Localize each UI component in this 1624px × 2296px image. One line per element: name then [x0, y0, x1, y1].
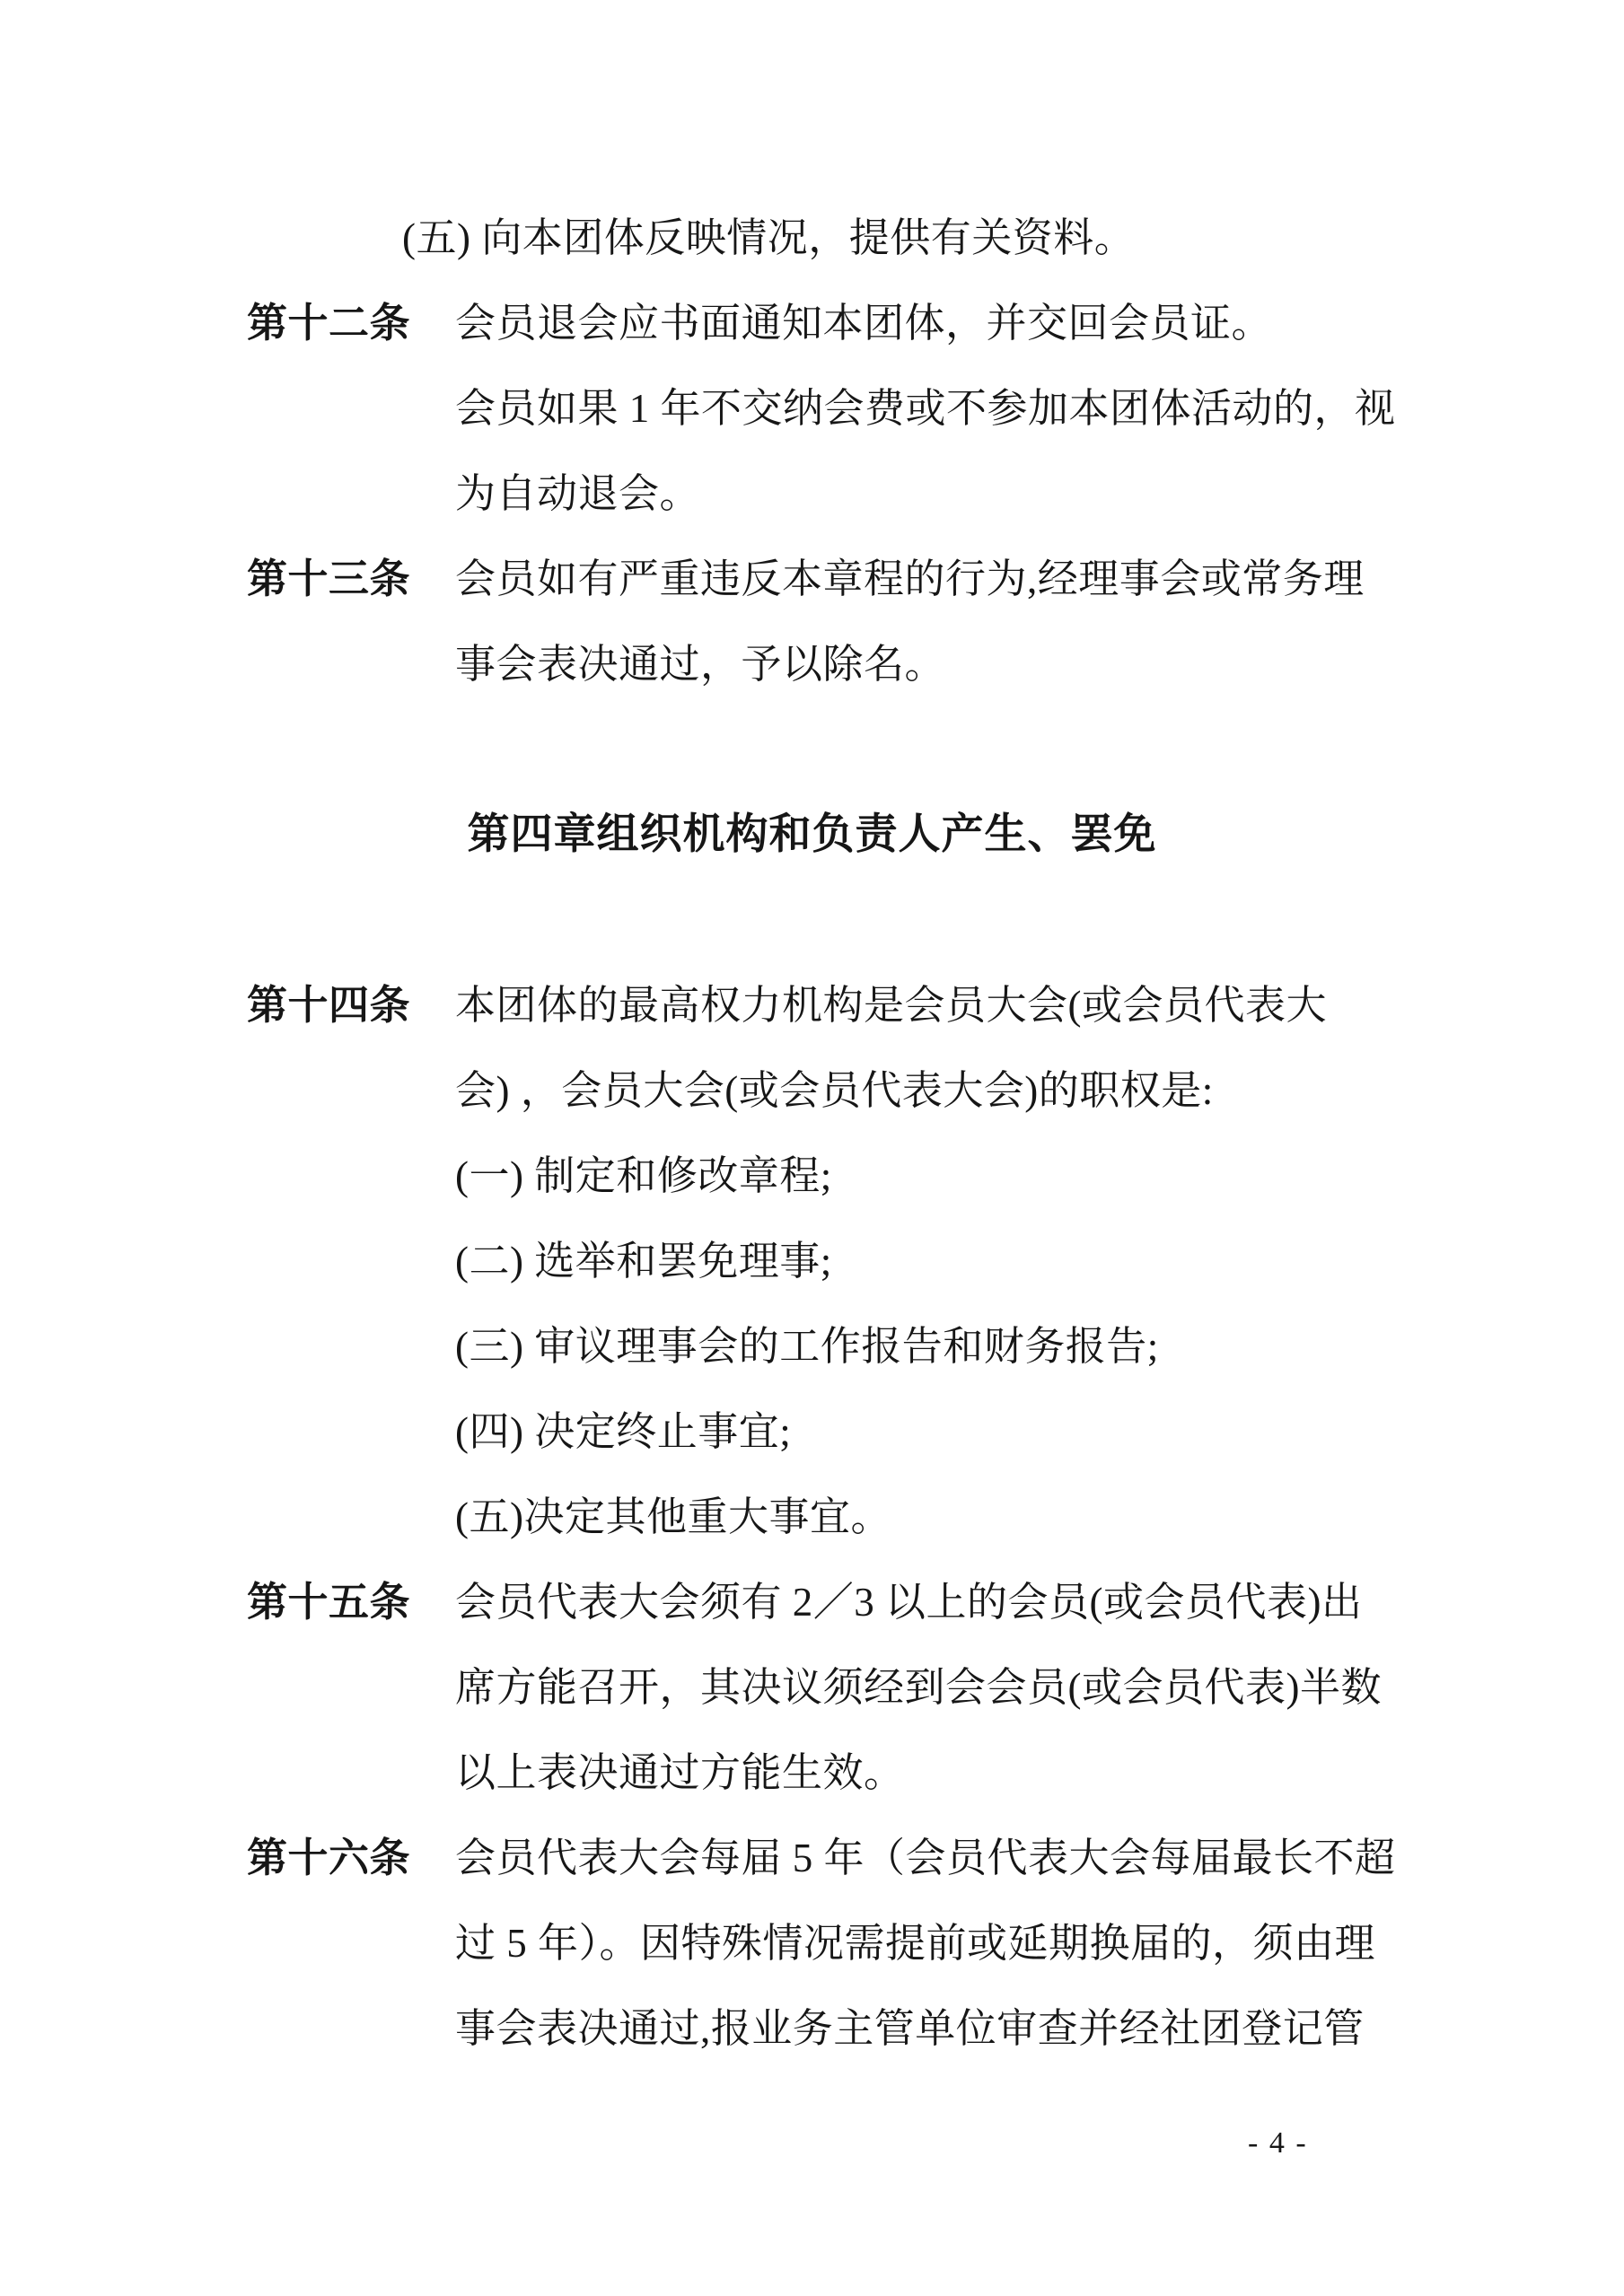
article-number: 第十六条	[247, 1816, 455, 1901]
page-number: - 4 -	[1248, 2125, 1308, 2161]
continuation-line: 会员如果 1 年不交纳会费或不参加本团体活动的，视	[0, 366, 1624, 451]
continuation-line: (三) 审议理事会的工作报告和财务报告;	[0, 1304, 1624, 1389]
continuation-line: (一) 制定和修改章程;	[0, 1134, 1624, 1219]
list-item-line: (五) 向本团体反映情况，提供有关资料。	[0, 196, 1624, 281]
continuation-line: 会) ，会员大会(或会员代表大会)的职权是:	[0, 1048, 1624, 1134]
article-text: 会员代表大会须有 2／3 以上的会员(或会员代表)出	[455, 1580, 1362, 1625]
blank-line	[0, 878, 1624, 963]
article-number: 第十四条	[247, 963, 455, 1048]
article-text: 会员退会应书面通知本团体，并交回会员证。	[455, 301, 1272, 346]
continuation-line: 事会表决通过,报业务主管单位审查并经社团登记管	[0, 1986, 1624, 2072]
article-number: 第十五条	[247, 1560, 455, 1645]
document-page: (五) 向本团体反映情况，提供有关资料。第十二条会员退会应书面通知本团体，并交回…	[0, 0, 1624, 2296]
article-line: 第十二条会员退会应书面通知本团体，并交回会员证。	[0, 281, 1624, 366]
continuation-line: 以上表决通过方能生效。	[0, 1731, 1624, 1816]
continuation-line: 事会表决通过，予以除名。	[0, 622, 1624, 707]
blank-line	[0, 707, 1624, 793]
continuation-line: 过 5 年）。因特殊情况需提前或延期换届的，须由理	[0, 1901, 1624, 1986]
continuation-line: (二) 选举和罢免理事;	[0, 1219, 1624, 1304]
article-line: 第十六条会员代表大会每届 5 年（会员代表大会每届最长不超	[0, 1816, 1624, 1901]
article-line: 第十三条会员如有严重违反本章程的行为,经理事会或常务理	[0, 537, 1624, 622]
chapter-heading: 第四章组织机构和负责人产生、罢免	[0, 793, 1624, 878]
article-number: 第十二条	[247, 281, 455, 366]
continuation-line: (四) 决定终止事宜;	[0, 1389, 1624, 1475]
article-text: 会员代表大会每届 5 年（会员代表大会每届最长不超	[455, 1836, 1396, 1880]
document-body: (五) 向本团体反映情况，提供有关资料。第十二条会员退会应书面通知本团体，并交回…	[0, 196, 1624, 2072]
article-text: 会员如有严重违反本章程的行为,经理事会或常务理	[455, 556, 1365, 601]
article-line: 第十四条本团体的最高权力机构是会员大会(或会员代表大	[0, 963, 1624, 1048]
continuation-line: 为自动退会。	[0, 451, 1624, 537]
article-line: 第十五条会员代表大会须有 2／3 以上的会员(或会员代表)出	[0, 1560, 1624, 1645]
article-text: 本团体的最高权力机构是会员大会(或会员代表大	[455, 983, 1327, 1028]
continuation-line: (五)决定其他重大事宜。	[0, 1475, 1624, 1560]
continuation-line: 席方能召开，其决议须经到会会员(或会员代表)半数	[0, 1645, 1624, 1731]
article-number: 第十三条	[247, 537, 455, 622]
